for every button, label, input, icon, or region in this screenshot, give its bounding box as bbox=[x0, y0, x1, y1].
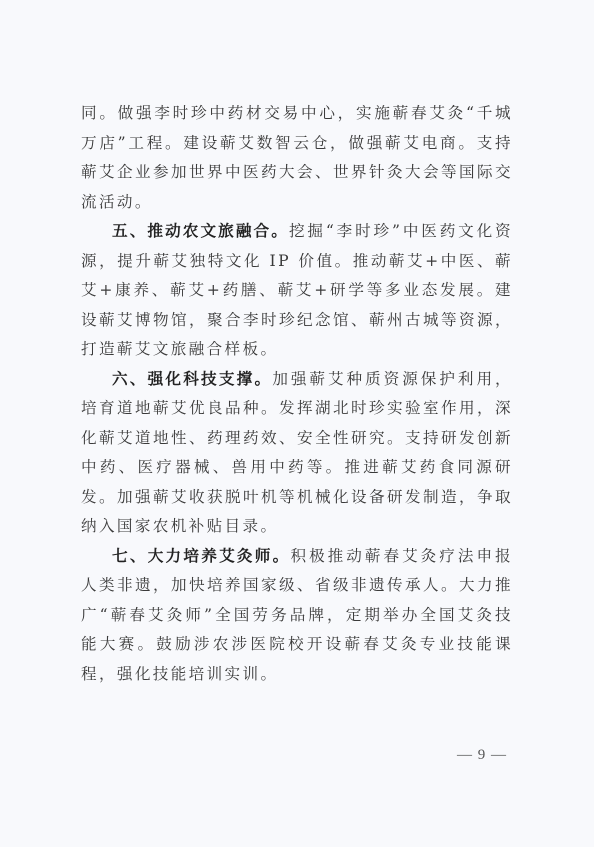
document-page: 同。做强李时珍中药材交易中心，实施蕲春艾灸“千城万店”工程。建设蕲艾数智云仓，做… bbox=[0, 0, 594, 847]
paragraph-text: 同。做强李时珍中药材交易中心，实施蕲春艾灸“千城万店”工程。建设蕲艾数智云仓，做… bbox=[81, 104, 513, 211]
paragraph-continuation: 同。做强李时珍中药材交易中心，实施蕲春艾灸“千城万店”工程。建设蕲艾数智云仓，做… bbox=[81, 99, 513, 217]
document-body: 同。做强李时珍中药材交易中心，实施蕲春艾灸“千城万店”工程。建设蕲艾数智云仓，做… bbox=[81, 99, 513, 689]
paragraph-text: 加强蕲艾种质资源保护利用，培育道地蕲艾优良品种。发挥湖北时珍实验室作用，深化蕲艾… bbox=[81, 370, 513, 536]
paragraph-section-5: 五、推动农文旅融合。挖掘“李时珍”中医药文化资源，提升蕲艾独特文化 IP 价值。… bbox=[81, 217, 513, 365]
paragraph-text: 积极推动蕲春艾灸疗法申报人类非遗，加快培养国家级、省级非遗传承人。大力推广“蕲春… bbox=[81, 547, 513, 683]
paragraph-text: 挖掘“李时珍”中医药文化资源，提升蕲艾独特文化 IP 价值。推动蕲艾+中医、蕲艾… bbox=[81, 222, 513, 358]
page-number: — 9 — bbox=[452, 747, 512, 764]
paragraph-section-6: 六、强化科技支撑。加强蕲艾种质资源保护利用，培育道地蕲艾优良品种。发挥湖北时珍实… bbox=[81, 365, 513, 542]
paragraph-section-7: 七、大力培养艾灸师。积极推动蕲春艾灸疗法申报人类非遗，加快培养国家级、省级非遗传… bbox=[81, 542, 513, 690]
section-heading: 六、强化科技支撑。 bbox=[112, 370, 272, 388]
section-heading: 七、大力培养艾灸师。 bbox=[112, 547, 290, 565]
section-heading: 五、推动农文旅融合。 bbox=[112, 222, 289, 240]
